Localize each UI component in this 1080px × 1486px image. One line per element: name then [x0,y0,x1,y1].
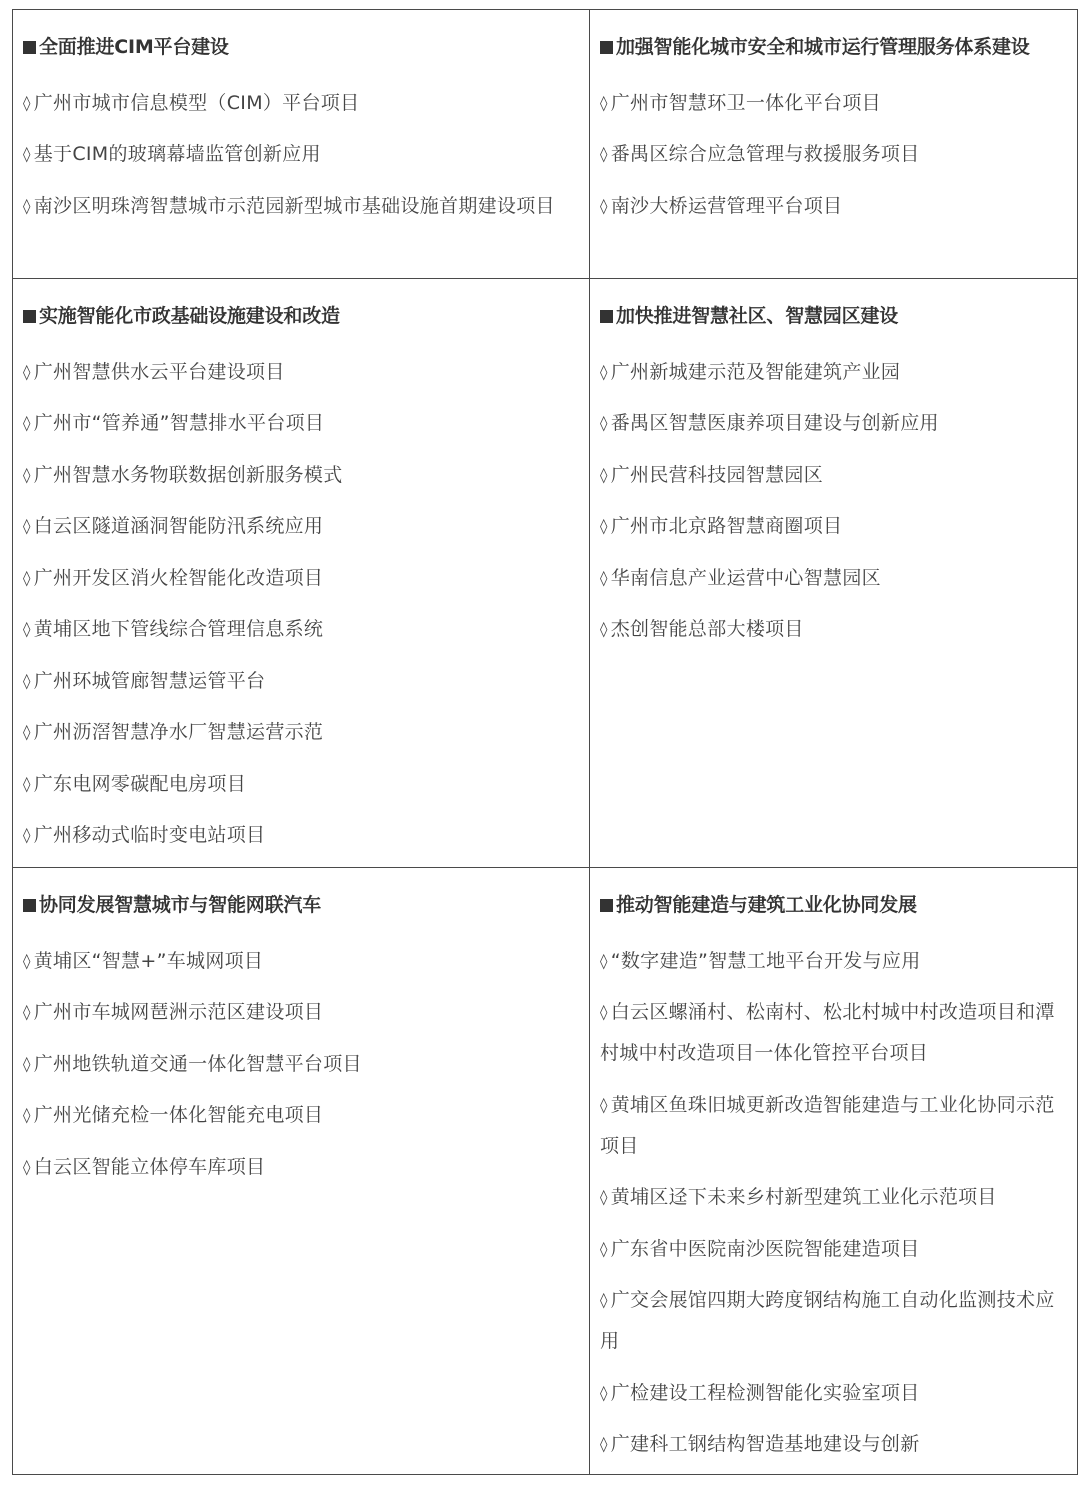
list-item: ◊广东电网零碳配电房项目 [23,764,581,805]
list-item: ◊广州智慧供水云平台建设项目 [23,352,581,393]
list-item: ◊黄埔区迳下未来乡村新型建筑工业化示范项目 [600,1177,1069,1218]
section-heading-text: 协同发展智慧城市与智能网联汽车 [39,894,321,916]
diamond-icon: ◊ [600,134,608,175]
list-item-text: 白云区隧道涵洞智能防汛系统应用 [34,515,324,537]
list-item: ◊黄埔区地下管线综合管理信息系统 [23,609,581,650]
list-item: ◊番禺区智慧医康养项目建设与创新应用 [600,403,1069,444]
list-item: ◊番禺区综合应急管理与救援服务项目 [600,134,1069,175]
section-heading-text: 推动智能建造与建筑工业化协同发展 [616,894,917,916]
list-item: ◊广州市城市信息模型（CIM）平台项目 [23,83,581,124]
list-item-text: 广州地铁轨道交通一体化智慧平台项目 [34,1053,362,1075]
section-heading-text: 加快推进智慧社区、智慧园区建设 [616,305,898,327]
table-cell-connected-vehicles: 协同发展智慧城市与智能网联汽车 ◊黄埔区“智慧+”车城网项目 ◊广州市车城网琶洲… [13,868,590,1474]
diamond-icon: ◊ [23,712,31,753]
section-heading-text: 加强智能化城市安全和城市运行管理服务体系建设 [616,36,1030,58]
list-item: ◊广州地铁轨道交通一体化智慧平台项目 [23,1044,581,1085]
list-item: ◊“数字建造”智慧工地平台开发与应用 [600,941,1069,982]
diamond-icon: ◊ [23,609,31,650]
diamond-icon: ◊ [600,1177,608,1218]
list-item: ◊白云区智能立体停车库项目 [23,1147,581,1188]
list-item: ◊华南信息产业运营中心智慧园区 [600,558,1069,599]
section-heading-text: 全面推进CIM平台建设 [39,36,229,58]
list-item: ◊基于CIM的玻璃幕墙监管创新应用 [23,134,581,175]
table-cell-smart-community: 加快推进智慧社区、智慧园区建设 ◊广州新城建示范及智能建筑产业园 ◊番禺区智慧医… [590,279,1077,868]
list-item-text: 广州市智慧环卫一体化平台项目 [611,92,881,114]
list-item-text: 南沙区明珠湾智慧城市示范园新型城市基础设施首期建设项目 [34,195,555,217]
table-cell-cim-platform: 全面推进CIM平台建设 ◊广州市城市信息模型（CIM）平台项目 ◊基于CIM的玻… [13,10,590,279]
diamond-icon: ◊ [600,1280,608,1321]
list-item-text: 白云区智能立体停车库项目 [34,1156,266,1178]
list-item-text: 广州沥滘智慧净水厂智慧运营示范 [34,721,324,743]
list-item-text: 广州光储充检一体化智能充电项目 [34,1104,324,1126]
table-cell-city-safety: 加强智能化城市安全和城市运行管理服务体系建设 ◊广州市智慧环卫一体化平台项目 ◊… [590,10,1077,279]
project-table: 全面推进CIM平台建设 ◊广州市城市信息模型（CIM）平台项目 ◊基于CIM的玻… [12,9,1078,1475]
diamond-icon: ◊ [23,506,31,547]
list-item-text: 广州市车城网琶洲示范区建设项目 [34,1001,324,1023]
list-item: ◊白云区隧道涵洞智能防汛系统应用 [23,506,581,547]
diamond-icon: ◊ [23,134,31,175]
diamond-icon: ◊ [23,1044,31,1085]
diamond-icon: ◊ [600,992,608,1033]
list-item-text: 华南信息产业运营中心智慧园区 [611,567,881,589]
section-heading: 协同发展智慧城市与智能网联汽车 [23,889,581,921]
section-heading-text: 实施智能化市政基础设施建设和改造 [39,305,340,327]
list-item-text: 黄埔区地下管线综合管理信息系统 [34,618,324,640]
list-item: ◊白云区螺涌村、松南村、松北村城中村改造项目和潭村城中村改造项目一体化管控平台项… [600,992,1069,1074]
diamond-icon: ◊ [23,455,31,496]
diamond-icon: ◊ [600,558,608,599]
section-heading: 加强智能化城市安全和城市运行管理服务体系建设 [600,31,1069,63]
diamond-icon: ◊ [23,1095,31,1136]
diamond-icon: ◊ [23,83,31,124]
list-item-text: 广州民营科技园智慧园区 [611,464,823,486]
list-item-text: 广州新城建示范及智能建筑产业园 [611,361,901,383]
diamond-icon: ◊ [23,661,31,702]
list-item: ◊广州市智慧环卫一体化平台项目 [600,83,1069,124]
diamond-icon: ◊ [23,764,31,805]
list-item: ◊广东省中医院南沙医院智能建造项目 [600,1229,1069,1270]
list-item-text: 广交会展馆四期大跨度钢结构施工自动化监测技术应用 [600,1289,1055,1352]
diamond-icon: ◊ [600,403,608,444]
diamond-icon: ◊ [23,815,31,856]
diamond-icon: ◊ [23,186,31,227]
list-item-text: 番禺区智慧医康养项目建设与创新应用 [611,412,939,434]
diamond-icon: ◊ [23,941,31,982]
list-item: ◊广建科工钢结构智造基地建设与创新 [600,1424,1069,1465]
list-item-text: 黄埔区“智慧+”车城网项目 [34,950,264,972]
black-square-icon [600,310,613,323]
list-item: ◊广交会展馆四期大跨度钢结构施工自动化监测技术应用 [600,1280,1069,1362]
list-item-text: 广建科工钢结构智造基地建设与创新 [611,1433,920,1455]
list-item: ◊广州移动式临时变电站项目 [23,815,581,856]
list-item-text: 黄埔区鱼珠旧城更新改造智能建造与工业化协同示范项目 [600,1094,1055,1157]
diamond-icon: ◊ [600,1424,608,1465]
diamond-icon: ◊ [600,1373,608,1414]
table-cell-intelligent-construction: 推动智能建造与建筑工业化协同发展 ◊“数字建造”智慧工地平台开发与应用 ◊白云区… [590,868,1077,1474]
black-square-icon [600,899,613,912]
list-item-text: 基于CIM的玻璃幕墙监管创新应用 [34,143,321,165]
list-item-text: 广检建设工程检测智能化实验室项目 [611,1382,920,1404]
section-heading: 推动智能建造与建筑工业化协同发展 [600,889,1069,921]
list-item-text: 南沙大桥运营管理平台项目 [611,195,843,217]
list-item: ◊广州新城建示范及智能建筑产业园 [600,352,1069,393]
diamond-icon: ◊ [23,558,31,599]
section-heading: 实施智能化市政基础设施建设和改造 [23,300,581,332]
list-item: ◊广检建设工程检测智能化实验室项目 [600,1373,1069,1414]
list-item-text: 黄埔区迳下未来乡村新型建筑工业化示范项目 [611,1186,997,1208]
list-item: ◊广州光储充检一体化智能充电项目 [23,1095,581,1136]
list-item: ◊杰创智能总部大楼项目 [600,609,1069,650]
list-item-text: 番禺区综合应急管理与救援服务项目 [611,143,920,165]
list-item-text: 广州智慧水务物联数据创新服务模式 [34,464,343,486]
diamond-icon: ◊ [600,1229,608,1270]
diamond-icon: ◊ [23,403,31,444]
list-item: ◊南沙区明珠湾智慧城市示范园新型城市基础设施首期建设项目 [23,186,581,227]
diamond-icon: ◊ [23,992,31,1033]
list-item: ◊广州民营科技园智慧园区 [600,455,1069,496]
section-heading: 全面推进CIM平台建设 [23,31,581,63]
list-item: ◊黄埔区“智慧+”车城网项目 [23,941,581,982]
list-item: ◊广州环城管廊智慧运管平台 [23,661,581,702]
diamond-icon: ◊ [600,609,608,650]
black-square-icon [23,41,36,54]
diamond-icon: ◊ [600,352,608,393]
list-item: ◊广州市“管养通”智慧排水平台项目 [23,403,581,444]
diamond-icon: ◊ [600,941,608,982]
diamond-icon: ◊ [600,83,608,124]
list-item-text: 广州市城市信息模型（CIM）平台项目 [34,92,360,114]
black-square-icon [23,899,36,912]
table-cell-municipal-infrastructure: 实施智能化市政基础设施建设和改造 ◊广州智慧供水云平台建设项目 ◊广州市“管养通… [13,279,590,868]
list-item-text: 广东电网零碳配电房项目 [34,773,246,795]
diamond-icon: ◊ [23,352,31,393]
black-square-icon [23,310,36,323]
list-item-text: 广州市北京路智慧商圈项目 [611,515,843,537]
list-item: ◊广州开发区消火栓智能化改造项目 [23,558,581,599]
diamond-icon: ◊ [23,1147,31,1188]
list-item-text: 白云区螺涌村、松南村、松北村城中村改造项目和潭村城中村改造项目一体化管控平台项目 [600,1001,1055,1064]
list-item-text: 广州开发区消火栓智能化改造项目 [34,567,324,589]
diamond-icon: ◊ [600,186,608,227]
list-item: ◊广州智慧水务物联数据创新服务模式 [23,455,581,496]
diamond-icon: ◊ [600,1085,608,1126]
diamond-icon: ◊ [600,506,608,547]
list-item-text: 广州市“管养通”智慧排水平台项目 [34,412,325,434]
list-item-text: 杰创智能总部大楼项目 [611,618,804,640]
diamond-icon: ◊ [600,455,608,496]
list-item-text: 广州智慧供水云平台建设项目 [34,361,285,383]
section-heading: 加快推进智慧社区、智慧园区建设 [600,300,1069,332]
list-item: ◊广州沥滘智慧净水厂智慧运营示范 [23,712,581,753]
list-item-text: “数字建造”智慧工地平台开发与应用 [611,950,921,972]
list-item-text: 广州移动式临时变电站项目 [34,824,266,846]
black-square-icon [600,41,613,54]
list-item: ◊广州市车城网琶洲示范区建设项目 [23,992,581,1033]
list-item: ◊南沙大桥运营管理平台项目 [600,186,1069,227]
list-item-text: 广东省中医院南沙医院智能建造项目 [611,1238,920,1260]
list-item: ◊黄埔区鱼珠旧城更新改造智能建造与工业化协同示范项目 [600,1085,1069,1167]
list-item-text: 广州环城管廊智慧运管平台 [34,670,266,692]
list-item: ◊广州市北京路智慧商圈项目 [600,506,1069,547]
